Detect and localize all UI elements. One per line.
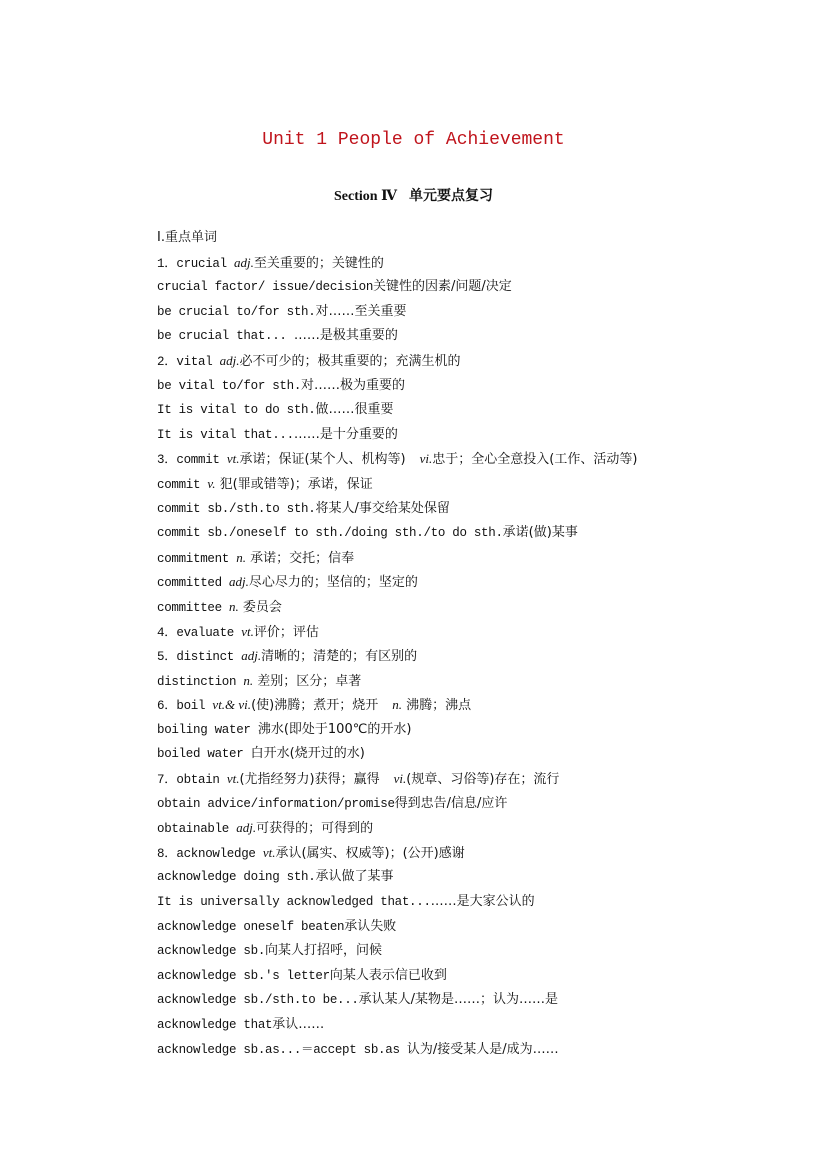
vocab-line: acknowledge sb./sth.to be...承认某人/某物是……；认… — [157, 988, 777, 1013]
vocab-en: It is universally acknowledged that... — [157, 895, 431, 909]
vocab-pos: adj. — [229, 574, 249, 589]
vocab-en: obtainable — [157, 822, 236, 836]
vocabulary-list: Ⅰ.重点单词 1．crucial adj.至关重要的；关键性的crucial f… — [157, 226, 777, 1062]
vocab-en: It is vital to do sth. — [157, 403, 315, 417]
vocab-en: obtain advice/information/promise — [157, 797, 395, 811]
vocab-line: commit sb./sth.to sth.将某人/事交给某处保留 — [157, 497, 777, 522]
vocab-zh: (尤指经努力)获得；赢得 — [239, 772, 379, 787]
vocab-zh: ……是极其重要的 — [294, 328, 398, 343]
vocab-pos: vt. — [227, 451, 240, 466]
vocab-zh: 尽心尽力的；坚信的；坚定的 — [249, 575, 418, 590]
vocab-en: acknowledge sb. — [157, 944, 265, 958]
vocab-zh2: 沸腾；沸点 — [402, 698, 471, 713]
vocab-zh2: (规章、习俗等)存在；流行 — [406, 772, 559, 787]
vocab-zh: ……是十分重要的 — [294, 427, 398, 442]
vocab-line: acknowledge sb.'s letter向某人表示信已收到 — [157, 964, 777, 989]
vocab-en: acknowledge oneself beaten — [157, 920, 344, 934]
vocab-line: acknowledge doing sth.承认做了某事 — [157, 865, 777, 890]
vocab-en: commitment — [157, 552, 236, 566]
vocab-pos: vt.& vi. — [212, 697, 251, 712]
vocab-line: It is vital that...……是十分重要的 — [157, 423, 777, 448]
vocab-zh: 评价；评估 — [254, 625, 319, 640]
vocab-en: acknowledge doing sth. — [157, 870, 315, 884]
vocab-pos: adj. — [241, 648, 261, 663]
vocab-en: acknowledge that — [157, 1018, 272, 1032]
vocab-zh: 清晰的；清楚的；有区别的 — [261, 649, 417, 664]
vocab-line: committed adj.尽心尽力的；坚信的；坚定的 — [157, 570, 777, 595]
vocab-zh: 委员会 — [239, 600, 282, 615]
vocab-en: be crucial to/for sth. — [157, 305, 315, 319]
vocab-line: 5．distinct adj.清晰的；清楚的；有区别的 — [157, 644, 777, 669]
vocab-line: acknowledge sb.向某人打招呼，问候 — [157, 939, 777, 964]
vocab-line: 6．boil vt.& vi.(使)沸腾；煮开；烧开n. 沸腾；沸点 — [157, 693, 777, 718]
vocab-line: 3．commit vt.承诺；保证(某个人、机构等)vi.忠于；全心全意投入(工… — [157, 447, 777, 472]
vocab-en: It is vital that... — [157, 428, 294, 442]
vocab-line: be vital to/for sth.对……极为重要的 — [157, 374, 777, 399]
vocab-en: acknowledge sb.'s letter — [157, 969, 330, 983]
vocab-zh: 承认失败 — [344, 919, 396, 934]
vocab-zh: 沸水(即处于100℃的开水) — [258, 722, 412, 737]
vocab-line: It is vital to do sth.做……很重要 — [157, 398, 777, 423]
vocab-en: committee — [157, 601, 229, 615]
vocab-pos2: vi. — [394, 771, 407, 786]
vocab-zh: 承诺；交托；信奉 — [246, 551, 354, 566]
vocab-line: acknowledge that承认…… — [157, 1013, 777, 1038]
vocab-pos2: n. — [392, 697, 402, 712]
vocab-zh: 犯(罪或错等)；承诺，保证 — [215, 477, 372, 492]
vocab-pos: adj. — [236, 820, 256, 835]
vocab-pos: vt. — [241, 624, 254, 639]
vocab-en: be vital to/for sth. — [157, 379, 301, 393]
vocab-en: 2．vital — [157, 355, 220, 369]
subtitle-en: Section Ⅳ — [334, 189, 397, 204]
vocab-zh: 对……至关重要 — [315, 304, 406, 319]
vocab-line: It is universally acknowledged that...……… — [157, 890, 777, 915]
vocab-zh: ……是大家公认的 — [431, 894, 535, 909]
vocab-en: boiled water — [157, 747, 251, 761]
vocab-en: 3．commit — [157, 453, 227, 467]
vocab-line: crucial factor/ issue/decision关键性的因素/问题/… — [157, 275, 777, 300]
vocab-pos: vt. — [263, 845, 276, 860]
vocab-line: obtain advice/information/promise得到忠告/信息… — [157, 792, 777, 817]
vocab-zh: (使)沸腾；煮开；烧开 — [251, 698, 378, 713]
vocab-zh: 认为/接受某人是/成为…… — [407, 1042, 559, 1057]
vocab-pos: adj. — [234, 255, 254, 270]
vocab-line: distinction n. 差别；区分；卓著 — [157, 669, 777, 694]
vocab-line: 1．crucial adj.至关重要的；关键性的 — [157, 251, 777, 276]
vocab-pos: vt. — [227, 771, 240, 786]
vocab-en: 8．acknowledge — [157, 847, 263, 861]
vocab-zh: 至关重要的；关键性的 — [254, 256, 384, 271]
vocab-pos: n. — [229, 599, 239, 614]
vocab-en: 7．obtain — [157, 773, 227, 787]
vocab-zh: 必不可少的；极其重要的；充满生机的 — [239, 354, 460, 369]
vocab-zh: 关键性的因素/问题/决定 — [373, 279, 512, 294]
vocab-zh: 承认某人/某物是……；认为……是 — [359, 992, 558, 1007]
vocab-zh: 白开水(烧开过的水) — [251, 746, 365, 761]
vocab-zh2: 忠于；全心全意投入(工作、活动等) — [432, 452, 637, 467]
vocab-en: committed — [157, 576, 229, 590]
vocab-line: acknowledge oneself beaten承认失败 — [157, 915, 777, 940]
vocab-en: boiling water — [157, 723, 258, 737]
vocab-line: be crucial to/for sth.对……至关重要 — [157, 300, 777, 325]
vocab-line: obtainable adj.可获得的；可得到的 — [157, 816, 777, 841]
subtitle-zh: 单元要点复习 — [409, 189, 493, 204]
vocab-pos2: vi. — [420, 451, 433, 466]
vocab-zh: 承认(属实、权威等)；(公开)感谢 — [275, 846, 464, 861]
vocab-zh: 对……极为重要的 — [301, 378, 405, 393]
vocab-zh: 差别；区分；卓著 — [253, 674, 361, 689]
vocab-en: commit sb./sth.to sth. — [157, 502, 315, 516]
vocab-line: commitment n. 承诺；交托；信奉 — [157, 546, 777, 571]
vocab-zh: 可获得的；可得到的 — [256, 821, 373, 836]
vocab-en: 5．distinct — [157, 650, 241, 664]
vocab-zh: 向某人表示信已收到 — [330, 968, 447, 983]
vocab-en: be crucial that... — [157, 329, 294, 343]
vocab-zh: 将某人/事交给某处保留 — [315, 501, 449, 516]
vocab-en: commit sb./oneself to sth./doing sth./to… — [157, 526, 503, 540]
vocab-line: boiled water 白开水(烧开过的水) — [157, 742, 777, 767]
vocab-line: committee n. 委员会 — [157, 595, 777, 620]
vocab-en: 6．boil — [157, 699, 212, 713]
vocab-zh: 承诺；保证(某个人、机构等) — [239, 452, 405, 467]
vocab-line: 4．evaluate vt.评价；评估 — [157, 620, 777, 645]
vocab-en: distinction — [157, 675, 243, 689]
document-title: Unit 1 People of Achievement — [0, 130, 827, 150]
vocab-line: 2．vital adj.必不可少的；极其重要的；充满生机的 — [157, 349, 777, 374]
vocab-line: commit sb./oneself to sth./doing sth./to… — [157, 521, 777, 546]
vocab-line: boiling water 沸水(即处于100℃的开水) — [157, 718, 777, 743]
vocab-line: 7．obtain vt.(尤指经努力)获得；赢得vi.(规章、习俗等)存在；流行 — [157, 767, 777, 792]
vocab-zh: 得到忠告/信息/应许 — [395, 796, 508, 811]
section-subtitle: Section Ⅳ单元要点复习 — [0, 185, 827, 205]
vocab-zh: 承认…… — [272, 1017, 324, 1032]
vocab-line: 8．acknowledge vt.承认(属实、权威等)；(公开)感谢 — [157, 841, 777, 866]
vocab-en: commit — [157, 478, 207, 492]
vocab-line: be crucial that... ……是极其重要的 — [157, 324, 777, 349]
vocab-zh: 承诺(做)某事 — [503, 525, 578, 540]
vocab-line: commit v. 犯(罪或错等)；承诺，保证 — [157, 472, 777, 497]
vocab-en: 4．evaluate — [157, 626, 241, 640]
vocab-zh: 承认做了某事 — [315, 869, 393, 884]
vocab-zh: 做……很重要 — [315, 402, 393, 417]
vocab-pos: n. — [236, 550, 246, 565]
vocab-en: acknowledge sb.as...＝accept sb.as — [157, 1043, 407, 1057]
vocab-en: acknowledge sb./sth.to be... — [157, 993, 359, 1007]
vocab-line: acknowledge sb.as...＝accept sb.as 认为/接受某… — [157, 1038, 777, 1063]
vocab-en: 1．crucial — [157, 257, 234, 271]
vocab-zh: 向某人打招呼，问候 — [265, 943, 382, 958]
section-heading-text: Ⅰ.重点单词 — [157, 230, 217, 245]
section-heading: Ⅰ.重点单词 — [157, 226, 777, 251]
vocab-en: crucial factor/ issue/decision — [157, 280, 373, 294]
vocab-pos: adj. — [220, 353, 240, 368]
vocab-pos: n. — [243, 673, 253, 688]
